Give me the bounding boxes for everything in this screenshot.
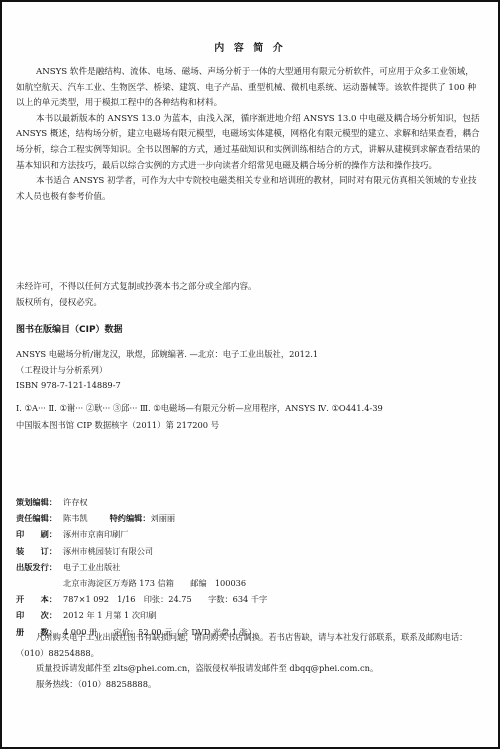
complaint-note: 质量投诉请发邮件至 zlts@phei.com.cn，盗版侵权举报请发邮件至 d… [16, 661, 482, 677]
format-value: 787×1 092 1/16 印张：24.75 字数：634 千字 [63, 591, 267, 607]
section-title: 内 容 简 介 [2, 39, 498, 54]
intro-paragraph: ANSYS 软件是融结构、流体、电场、磁场、声场分析于一体的大型通用有限元分析软… [16, 65, 482, 112]
cip-isbn: ISBN 978-7-121-14889-7 [16, 378, 318, 394]
cip-classification: Ⅰ. ①A··· Ⅱ. ①谢··· ②耿··· ③邱··· Ⅲ. ①电磁场—有限… [16, 400, 383, 417]
binding-label: 装 订： [16, 543, 63, 559]
planning-editor-row: 策划编辑： 许存权 [16, 494, 267, 510]
format-label: 开 本： [16, 591, 63, 607]
cip-classification-block: Ⅰ. ①A··· Ⅱ. ①谢··· ②耿··· ③邱··· Ⅲ. ①电磁场—有限… [16, 400, 383, 433]
rights-reserved-notice: 版权所有，侵权必究。 [16, 295, 257, 311]
copyright-page: 内 容 简 介 ANSYS 软件是融结构、流体、电场、磁场、声场分析于一体的大型… [0, 0, 500, 749]
printing-row: 印 刷： 涿州市京南印刷厂 [16, 526, 267, 542]
special-editor-value: 刘丽丽 [151, 510, 176, 526]
no-copy-notice: 未经许可，不得以任何方式复制或抄袭本书之部分或全部内容。 [16, 279, 257, 295]
publisher-row: 出版发行： 电子工业出版社 [16, 559, 267, 575]
cip-record-number: 中国版本图书馆 CIP 数据核字（2011）第 217200 号 [16, 417, 383, 434]
edition-row: 印 次： 2012 年 1 月第 1 次印刷 [16, 607, 267, 623]
cip-series: （工程设计与分析系列） [16, 363, 318, 379]
publisher-label: 出版发行： [16, 559, 63, 575]
purchase-note: 凡所购买电子工业出版社图书有缺损问题，请向购买书店调换。若书店售缺，请与本社发行… [16, 630, 482, 661]
cip-heading: 图书在版编目（CIP）数据 [16, 322, 123, 335]
cip-title-line: ANSYS 电磁场分析/谢龙汉，耿煜，邱婉编著. —北京：电子工业出版社，201… [16, 347, 318, 363]
printing-value: 涿州市京南印刷厂 [63, 526, 129, 542]
planning-editor-label: 策划编辑： [16, 494, 63, 510]
address-row: 北京市海淀区万寿路 173 信箱 邮编 100036 [16, 575, 267, 591]
cip-data: ANSYS 电磁场分析/谢龙汉，耿煜，邱婉编著. —北京：电子工业出版社，201… [16, 347, 318, 394]
intro-paragraph: 本书适合 ANSYS 初学者，可作为大中专院校电磁类相关专业和培训班的教材，同时… [16, 174, 482, 205]
copyright-notice: 未经许可，不得以任何方式复制或抄袭本书之部分或全部内容。 版权所有，侵权必究。 [16, 279, 257, 311]
intro-section: ANSYS 软件是融结构、流体、电场、磁场、声场分析于一体的大型通用有限元分析软… [16, 65, 482, 205]
binding-value: 涿州市桃园装订有限公司 [63, 543, 153, 559]
format-row: 开 本： 787×1 092 1/16 印张：24.75 字数：634 千字 [16, 591, 267, 607]
responsible-editor-label: 责任编辑： [16, 510, 63, 526]
publisher-address: 北京市海淀区万寿路 173 信箱 邮编 100036 [63, 575, 246, 591]
responsible-editor-row: 责任编辑： 陈韦凯 特约编辑： 刘丽丽 [16, 510, 267, 526]
service-hotline: 服务热线：（010）88258888。 [16, 677, 482, 693]
contact-info: 凡所购买电子工业出版社图书有缺损问题，请向购买书店调换。若书店售缺，请与本社发行… [16, 630, 482, 692]
special-editor-label: 特约编辑： [110, 510, 151, 526]
edition-label: 印 次： [16, 607, 63, 623]
intro-paragraph: 本书以最新版本的 ANSYS 13.0 为蓝本，由浅入深，循序渐进地介绍 ANS… [16, 112, 482, 174]
planning-editor-value: 许存权 [63, 494, 88, 510]
publisher-value: 电子工业出版社 [63, 559, 120, 575]
publication-details: 策划编辑： 许存权 责任编辑： 陈韦凯 特约编辑： 刘丽丽 印 刷： 涿州市京南… [16, 494, 267, 640]
edition-value: 2012 年 1 月第 1 次印刷 [63, 607, 156, 623]
binding-row: 装 订： 涿州市桃园装订有限公司 [16, 543, 267, 559]
printing-label: 印 刷： [16, 526, 63, 542]
responsible-editor-value: 陈韦凯 [63, 510, 88, 526]
